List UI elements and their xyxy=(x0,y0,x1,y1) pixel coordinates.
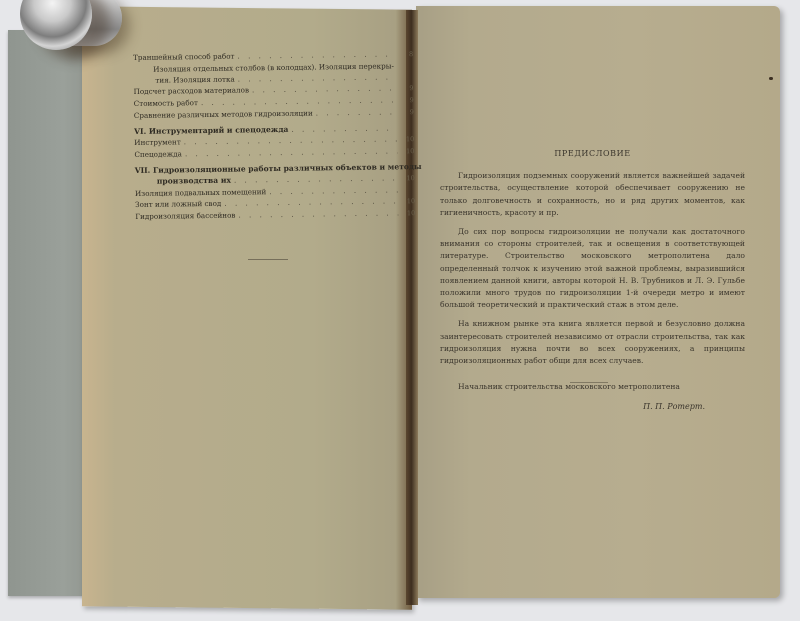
toc-entry-title: Траншейный способ работ xyxy=(133,51,235,63)
divider-rule xyxy=(248,259,288,260)
toc-leader-dots xyxy=(234,172,398,185)
book-photo: Траншейный способ работ8Изоляция отдельн… xyxy=(0,0,800,621)
toc-leader-dots xyxy=(316,106,397,118)
paper-speck xyxy=(769,77,773,80)
toc-page-number: 10 xyxy=(400,134,414,145)
preface-paragraph: До сих пор вопросы гидроизоляции не полу… xyxy=(440,226,745,311)
preface-heading: ПРЕДИСЛОВИЕ xyxy=(440,148,745,160)
toc-page-number: 9 xyxy=(399,83,413,94)
toc-page-number: 10 xyxy=(400,146,414,157)
toc-entry-title: Зонт или ложный свод xyxy=(135,198,221,210)
toc-page-number: 10 xyxy=(401,173,415,184)
toc-entry-title: Подсчет расходов материалов xyxy=(133,84,249,97)
toc-leader-dots xyxy=(252,82,397,95)
preface-paragraph: Гидроизоляция подземных сооружений являе… xyxy=(440,170,745,219)
toc-entry-title: производства их xyxy=(135,175,231,187)
toc-page-number: 9 xyxy=(400,95,414,106)
toc-entry-title: Спецодежда xyxy=(134,148,182,160)
toc-entry-title: Инструмент xyxy=(134,136,181,148)
toc-page-number: 8 xyxy=(399,49,413,60)
toc-entry-title: Стоимость работ xyxy=(134,97,198,109)
toc-page-number: 10 xyxy=(401,196,415,207)
table-of-contents: Траншейный способ работ8Изоляция отдельн… xyxy=(133,48,415,223)
toc-leader-dots xyxy=(238,207,398,220)
signature-name: П. П. Ротерт. xyxy=(440,401,745,413)
toc-entry-title: Гидроизоляция бассейнов xyxy=(135,210,235,222)
toc-leader-dots xyxy=(237,48,396,61)
toc-page-number: 10 xyxy=(401,208,415,219)
preface-paragraph: На книжном рынке эта книга является перв… xyxy=(440,318,745,367)
divider-rule xyxy=(570,382,608,383)
toc-page-number: 9 xyxy=(400,107,414,118)
preface: ПРЕДИСЛОВИЕ Гидроизоляция подземных соор… xyxy=(440,148,745,421)
signature-title: Начальник строительства московского метр… xyxy=(440,381,745,393)
